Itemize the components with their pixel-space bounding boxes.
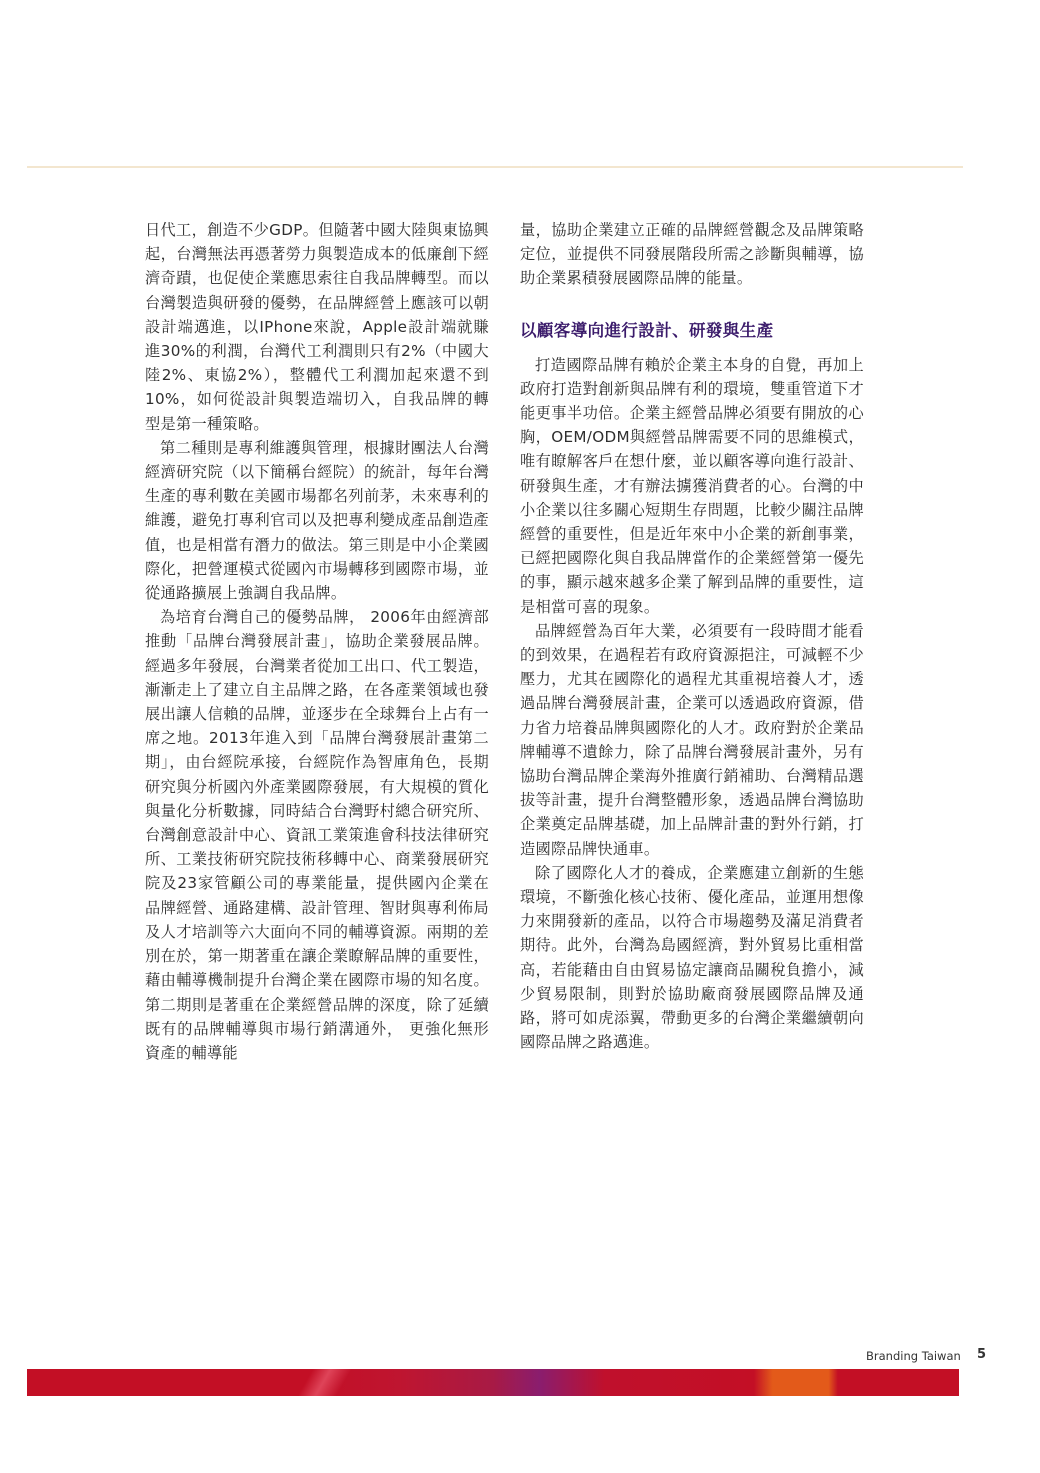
footer-publication-label: Branding Taiwan: [866, 1349, 961, 1363]
right-text-column: 量，協助企業建立正確的品牌經營觀念及品牌策略定位，並提供不同發展階段所需之診斷與…: [520, 218, 864, 1055]
left-text-column: 日代工，創造不少GDP。但隨著中國大陸與東協興起，台灣無法再憑著勞力與製造成本的…: [145, 218, 489, 1065]
top-divider-rule: [27, 166, 963, 168]
page-number: 5: [977, 1347, 986, 1362]
paragraph-branding-taiwan-plan: 為培育台灣自己的優勢品牌， 2006年由經濟部推動「品牌台灣發展計畫」，協助企業…: [145, 605, 489, 1065]
paragraph-government-resources: 品牌經營為百年大業，必須要有一段時間才能看的到效果，在過程若有政府資源挹注，可減…: [520, 619, 864, 861]
section-heading: 以顧客導向進行設計、研發與生產: [520, 319, 864, 343]
paragraph-customer-oriented: 打造國際品牌有賴於企業主本身的自覺，再加上政府打造對創新與品牌有利的環境，雙重管…: [520, 353, 864, 619]
footer-color-band: [27, 1369, 959, 1396]
paragraph-strategy-one: 日代工，創造不少GDP。但隨著中國大陸與東協興起，台灣無法再憑著勞力與製造成本的…: [145, 218, 489, 436]
paragraph-strategy-two-three: 第二種則是專利維護與管理，根據財團法人台灣經濟研究院（以下簡稱台經院）的統計，每…: [145, 436, 489, 605]
footer-band-streak-decoration: [299, 1369, 354, 1396]
paragraph-continued: 量，協助企業建立正確的品牌經營觀念及品牌策略定位，並提供不同發展階段所需之診斷與…: [520, 218, 864, 291]
paragraph-innovation-trade: 除了國際化人才的養成，企業應建立創新的生態環境，不斷強化核心技術、優化產品，並運…: [520, 861, 864, 1055]
